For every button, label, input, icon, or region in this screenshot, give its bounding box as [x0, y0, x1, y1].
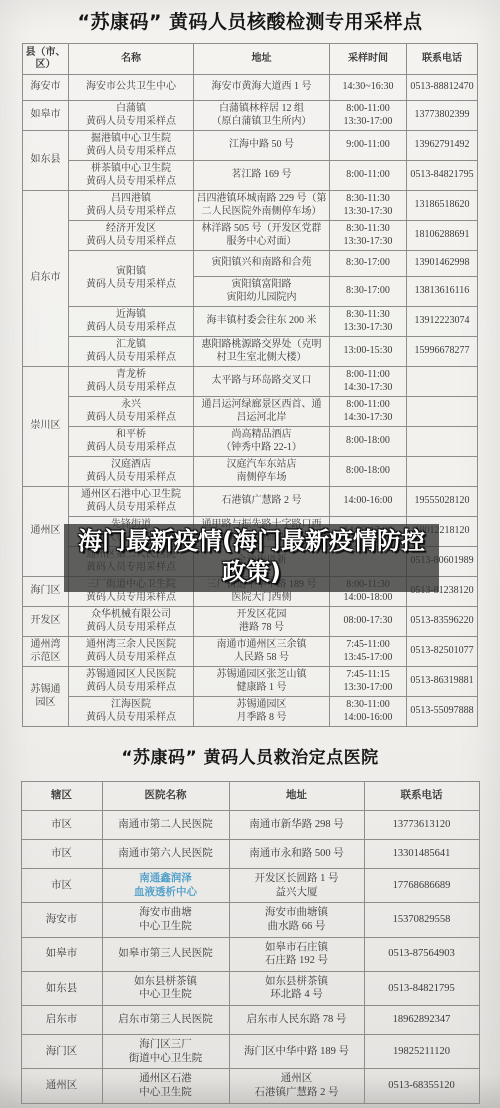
cell-phone: 15370829558	[364, 903, 479, 937]
cell-district: 如东县	[21, 971, 102, 1005]
header-name: 名称	[69, 44, 194, 75]
cell-county: 如皋市	[23, 101, 69, 131]
cell-phone: 0513-68355120	[364, 1069, 479, 1103]
table-row: 通州湾 示范区 通州湾三余人民医院 黄码人员专用采样点 南通市通州区三余镇 人民…	[23, 637, 478, 667]
table-row: 汇龙镇 黄码人员专用采样点 惠阳路桃源路交界处（克明 村卫生室北侧大楼） 13:…	[23, 337, 478, 367]
cell-name: 通州区石港中心卫生院 黄码人员专用采样点	[69, 487, 194, 517]
cell-address: 通吕运河绿廊景区西首、通 吕运河北岸	[194, 397, 330, 427]
cell-phone	[407, 367, 478, 397]
table-row: 崇川区 青龙桥 黄码人员专用采样点 太平路与环岛路交叉口 8:00-11:00 …	[23, 367, 478, 397]
cell-name: 海安市公共卫生中心	[69, 75, 194, 101]
cell-phone: 0513-88812470	[407, 75, 478, 101]
cell-address: 启东市人民东路 78 号	[229, 1006, 364, 1035]
header-address: 地址	[229, 782, 364, 811]
cell-address: 寅阳镇兴和南路和合苑	[194, 251, 330, 277]
hospitals-table: 辖区 医院名称 地址 联系电话 市区 南通市第二人民医院 南通市新华路 298 …	[21, 781, 480, 1104]
cell-hospital-name: 南通市第二人民医院	[102, 811, 229, 840]
table-row: 市区 南通鑫润泽 血液透析中心 开发区长圆路 1 号 益兴大厦 17768686…	[21, 869, 479, 903]
cell-name: 通州湾三余人民医院 黄码人员专用采样点	[69, 637, 194, 667]
cell-address: 江海中路 50 号	[194, 131, 330, 161]
header-phone: 联系电话	[364, 782, 479, 811]
cell-phone: 0513-87564903	[364, 937, 479, 971]
cell-district: 市区	[21, 869, 102, 903]
table-row: 通州区 通州区石港中心卫生院 黄码人员专用采样点 石港镇广慧路 2 号 14:0…	[23, 487, 478, 517]
cell-time: 8:00-11:00 14:30-17:30	[330, 397, 407, 427]
table-row: 海安市 海安市曲塘 中心卫生院 海安市曲塘镇 曲水路 66 号 15370829…	[21, 903, 479, 937]
cell-phone	[407, 457, 478, 487]
cell-time: 8:30-17:00	[330, 251, 407, 277]
cell-phone: 13186518620	[407, 191, 478, 221]
cell-time: 9:00-11:00	[330, 131, 407, 161]
cell-district: 启东市	[21, 1006, 102, 1035]
table-row: 栟茶镇中心卫生院 黄码人员专用采样点 茗江路 169 号 8:00-11:00 …	[23, 161, 478, 191]
cell-time: 8:00-11:00 14:30-17:30	[330, 367, 407, 397]
table-row: 如皋市 白蒲镇 黄码人员专用采样点 白蒲镇林梓居 12 组 （原白蒲镇卫生所内）…	[23, 101, 478, 131]
cell-time: 7:45-11:15 13:30-17:00	[330, 667, 407, 697]
cell-county: 开发区	[23, 607, 69, 637]
cell-address: 苏锡通园区张芝山镇 健康路 1 号	[194, 667, 330, 697]
cell-district: 通州区	[21, 1069, 102, 1103]
cell-hospital-name: 海安市曲塘 中心卫生院	[102, 903, 229, 937]
table-row: 启东市 启东市第三人民医院 启东市人民东路 78 号 18962892347	[21, 1006, 479, 1035]
cell-address: 太平路与环岛路交叉口	[194, 367, 330, 397]
cell-time: 8:30-11:30 13:30-17:30	[330, 191, 407, 221]
cell-time: 8:30-11:00 14:00-16:00	[330, 697, 407, 727]
cell-address: 南通市新华路 298 号	[229, 811, 364, 840]
table-row: 经济开发区 黄码人员专用采样点 林洋路 505 号（开发区党群 服务中心对面） …	[23, 221, 478, 251]
cell-phone: 15996678277	[407, 337, 478, 367]
cell-county: 通州区	[23, 487, 69, 577]
cell-time: 8:00-11:00	[330, 161, 407, 191]
watermark-text: 海门最新疫情(海门最新疫情防控政策)	[78, 527, 425, 586]
hospitals-title: “苏康码” 黄码人员救治定点医院	[0, 743, 500, 768]
cell-hospital-name: 如东县栟茶镇 中心卫生院	[102, 971, 229, 1005]
cell-name: 永兴 黄码人员专用采样点	[69, 397, 194, 427]
cell-address: 南通市永和路 500 号	[229, 840, 364, 869]
table-row: 市区 南通市第二人民医院 南通市新华路 298 号 13773613120	[21, 811, 479, 840]
cell-phone: 0513-84821795	[407, 161, 478, 191]
cell-name: 寅阳镇 黄码人员专用采样点	[69, 251, 194, 307]
cell-district: 海门区	[21, 1035, 102, 1069]
cell-name: 江海医院 黄码人员专用采样点	[69, 697, 194, 727]
table-row: 汉庭酒店 黄码人员专用采样点 汉庭汽车东站店 南侧停车场 8:00-18:00	[23, 457, 478, 487]
cell-address: 汉庭汽车东站店 南侧停车场	[194, 457, 330, 487]
table-row: 通州区 通州区石港 中心卫生院 通州区 石港镇广慧路 2 号 0513-6835…	[21, 1069, 479, 1103]
cell-name: 吕四港镇 黄码人员专用采样点	[69, 191, 194, 221]
cell-district: 市区	[21, 811, 102, 840]
cell-address: 海安市黄海大道西 1 号	[194, 75, 330, 101]
cell-name: 经济开发区 黄码人员专用采样点	[69, 221, 194, 251]
table-row: 海门区 海门区三厂 街道中心卫生院 海门区中华中路 189 号 19825211…	[21, 1035, 479, 1069]
cell-time: 8:00-18:00	[330, 427, 407, 457]
header-hospital-name: 医院名称	[102, 782, 229, 811]
cell-address: 如东县栟茶镇 环北路 4 号	[229, 971, 364, 1005]
cell-phone: 18962892347	[364, 1006, 479, 1035]
table-header-row: 辖区 医院名称 地址 联系电话	[21, 782, 479, 811]
cell-phone: 19825211120	[364, 1035, 479, 1069]
header-address: 地址	[194, 44, 330, 75]
cell-county: 通州湾 示范区	[23, 637, 69, 667]
cell-county: 启东市	[23, 191, 69, 367]
cell-phone: 0513-82501077	[407, 637, 478, 667]
cell-hospital-name: 海门区三厂 街道中心卫生院	[102, 1035, 229, 1069]
cell-address: 惠阳路桃源路交界处（克明 村卫生室北侧大楼）	[194, 337, 330, 367]
cell-hospital-name: 南通鑫润泽 血液透析中心	[102, 869, 229, 903]
cell-time: 7:45-11:00 13:45-17:00	[330, 637, 407, 667]
watermark-overlay: 海门最新疫情(海门最新疫情防控政策)	[64, 524, 439, 592]
cell-address: 寅阳镇富阳路 寅阳幼儿园院内	[194, 277, 330, 307]
table-row: 苏锡通 园区 苏锡通园区人民医院 黄码人员专用采样点 苏锡通园区张芝山镇 健康路…	[23, 667, 478, 697]
cell-address: 海安市曲塘镇 曲水路 66 号	[229, 903, 364, 937]
table-row: 开发区 众华机械有限公司 黄码人员专用采样点 开发区花园 港路 78 号 08:…	[23, 607, 478, 637]
cell-name: 汇龙镇 黄码人员专用采样点	[69, 337, 194, 367]
cell-hospital-name: 启东市第三人民医院	[102, 1006, 229, 1035]
cell-name: 近海镇 黄码人员专用采样点	[69, 307, 194, 337]
sampling-points-table: 县（市、 区） 名称 地址 采样时间 联系电话 海安市 海安市公共卫生中心 海安…	[22, 43, 478, 727]
cell-phone: 13773802399	[407, 101, 478, 131]
cell-address: 通州区 石港镇广慧路 2 号	[229, 1069, 364, 1103]
cell-name: 众华机械有限公司 黄码人员专用采样点	[69, 607, 194, 637]
cell-name: 和平桥 黄码人员专用采样点	[69, 427, 194, 457]
header-time: 采样时间	[330, 44, 407, 75]
cell-county: 崇川区	[23, 367, 69, 487]
cell-name: 青龙桥 黄码人员专用采样点	[69, 367, 194, 397]
table-row: 海安市 海安市公共卫生中心 海安市黄海大道西 1 号 14:30~16:30 0…	[23, 75, 478, 101]
cell-phone: 0513-86319881	[407, 667, 478, 697]
cell-address: 林洋路 505 号（开发区党群 服务中心对面）	[194, 221, 330, 251]
sampling-points-title: “苏康码” 黄码人员核酸检测专用采样点	[0, 7, 500, 34]
table-row: 如皋市 如皋市第三人民医院 如皋市石庄镇 石庄路 192 号 0513-8756…	[21, 937, 479, 971]
header-phone: 联系电话	[407, 44, 478, 75]
cell-address: 海丰镇村委会往东 200 米	[194, 307, 330, 337]
cell-phone: 13912223074	[407, 307, 478, 337]
cell-phone: 17768686689	[364, 869, 479, 903]
table-row: 启东市 吕四港镇 黄码人员专用采样点 吕四港镇环城南路 229 号（第 二人民医…	[23, 191, 478, 221]
cell-time: 8:30-17:00	[330, 277, 407, 307]
cell-phone: 13773613120	[364, 811, 479, 840]
cell-time: 8:00-11:00 13:30-17:00	[330, 101, 407, 131]
cell-address: 开发区花园 港路 78 号	[194, 607, 330, 637]
cell-time: 08:00-17:30	[330, 607, 407, 637]
cell-county: 如东县	[23, 131, 69, 191]
cell-time: 8:30-11:30 13:30-17:30	[330, 307, 407, 337]
cell-phone: 13301485641	[364, 840, 479, 869]
table-row: 如东县 如东县栟茶镇 中心卫生院 如东县栟茶镇 环北路 4 号 0513-848…	[21, 971, 479, 1005]
cell-address: 石港镇广慧路 2 号	[194, 487, 330, 517]
cell-county: 海安市	[23, 75, 69, 101]
table-row: 如东县 掘港镇中心卫生院 黄码人员专用采样点 江海中路 50 号 9:00-11…	[23, 131, 478, 161]
cell-county: 苏锡通 园区	[23, 667, 69, 727]
cell-address: 苏锡通园区 月季路 8 号	[194, 697, 330, 727]
cell-time: 14:30~16:30	[330, 75, 407, 101]
cell-address: 海门区中华中路 189 号	[229, 1035, 364, 1069]
cell-name: 掘港镇中心卫生院 黄码人员专用采样点	[69, 131, 194, 161]
cell-address: 茗江路 169 号	[194, 161, 330, 191]
cell-hospital-name: 南通市第六人民医院	[102, 840, 229, 869]
table-row: 近海镇 黄码人员专用采样点 海丰镇村委会往东 200 米 8:30-11:30 …	[23, 307, 478, 337]
cell-address: 南通市通州区三余镇 人民路 58 号	[194, 637, 330, 667]
cell-address: 如皋市石庄镇 石庄路 192 号	[229, 937, 364, 971]
cell-name: 汉庭酒店 黄码人员专用采样点	[69, 457, 194, 487]
table-row: 江海医院 黄码人员专用采样点 苏锡通园区 月季路 8 号 8:30-11:00 …	[23, 697, 478, 727]
cell-district: 如皋市	[21, 937, 102, 971]
table-row: 和平桥 黄码人员专用采样点 尚高精品酒店 （钟秀中路 22-1） 8:00-18…	[23, 427, 478, 457]
cell-time: 14:00-16:00	[330, 487, 407, 517]
header-district: 辖区	[21, 782, 102, 811]
cell-phone: 13962791492	[407, 131, 478, 161]
cell-hospital-name: 通州区石港 中心卫生院	[102, 1069, 229, 1103]
cell-phone	[407, 427, 478, 457]
cell-phone	[407, 397, 478, 427]
cell-phone: 13901462998	[407, 251, 478, 277]
document-page: “苏康码” 黄码人员核酸检测专用采样点 县（市、 区） 名称 地址 采样时间 联…	[0, 0, 500, 1108]
table-row: 寅阳镇 黄码人员专用采样点 寅阳镇兴和南路和合苑 8:30-17:00 1390…	[23, 251, 478, 277]
cell-county: 海门区	[23, 577, 69, 607]
cell-name: 白蒲镇 黄码人员专用采样点	[69, 101, 194, 131]
cell-time: 13:00-15:30	[330, 337, 407, 367]
header-county: 县（市、 区）	[23, 44, 69, 75]
table-row: 永兴 黄码人员专用采样点 通吕运河绿廊景区西首、通 吕运河北岸 8:00-11:…	[23, 397, 478, 427]
cell-address: 吕四港镇环城南路 229 号（第 二人民医院外南侧停车场）	[194, 191, 330, 221]
cell-time: 8:30-11:30 13:30-17:30	[330, 221, 407, 251]
cell-address: 白蒲镇林梓居 12 组 （原白蒲镇卫生所内）	[194, 101, 330, 131]
cell-district: 市区	[21, 840, 102, 869]
cell-address: 开发区长圆路 1 号 益兴大厦	[229, 869, 364, 903]
cell-phone: 0513-55097888	[407, 697, 478, 727]
table-header-row: 县（市、 区） 名称 地址 采样时间 联系电话	[23, 44, 478, 75]
cell-phone: 0513-83596220	[407, 607, 478, 637]
cell-name: 苏锡通园区人民医院 黄码人员专用采样点	[69, 667, 194, 697]
cell-district: 海安市	[21, 903, 102, 937]
cell-phone: 0513-84821795	[364, 971, 479, 1005]
cell-name: 栟茶镇中心卫生院 黄码人员专用采样点	[69, 161, 194, 191]
cell-hospital-name: 如皋市第三人民医院	[102, 937, 229, 971]
cell-address: 尚高精品酒店 （钟秀中路 22-1）	[194, 427, 330, 457]
cell-time: 8:00-18:00	[330, 457, 407, 487]
cell-phone: 13813616116	[407, 277, 478, 307]
cell-phone: 18106288691	[407, 221, 478, 251]
cell-phone: 19555028120	[407, 487, 478, 517]
table-row: 市区 南通市第六人民医院 南通市永和路 500 号 13301485641	[21, 840, 479, 869]
